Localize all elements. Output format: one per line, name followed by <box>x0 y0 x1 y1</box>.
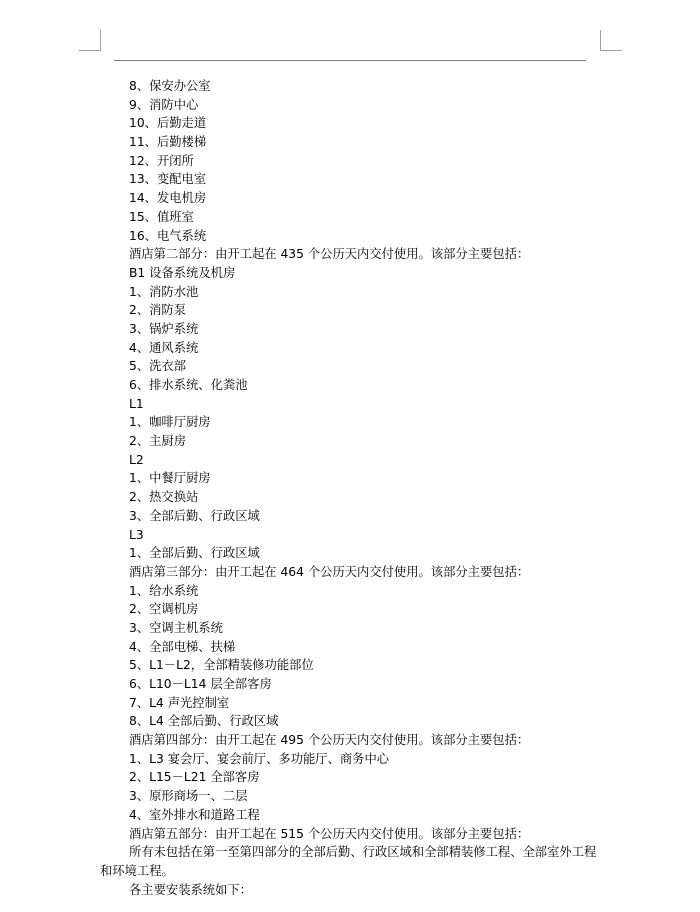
list-item: 15、值班室 <box>100 208 600 227</box>
list-item: 3、锅炉系统 <box>100 320 600 339</box>
list-item: 2、L15－L21 全部客房 <box>100 768 600 787</box>
section-heading-part-5: 酒店第五部分：由开工起在 515 个公历天内交付使用。该部分主要包括： <box>100 825 600 844</box>
list-item: 1、给水系统 <box>100 582 600 601</box>
list-item: 1、中餐厅厨房 <box>100 469 600 488</box>
list-item: 1、L3 宴会厅、宴会前厅、多功能厅、商务中心 <box>100 750 600 769</box>
list-item: 2、消防泵 <box>100 301 600 320</box>
list-item: 12、开闭所 <box>100 152 600 171</box>
list-item: 3、原形商场一、二层 <box>100 787 600 806</box>
list-item: 8、L4 全部后勤、行政区域 <box>100 712 600 731</box>
list-item: 11、后勤楼梯 <box>100 133 600 152</box>
list-item: 3、空调主机系统 <box>100 619 600 638</box>
page-corner-mark-left <box>79 30 101 51</box>
header-rule <box>114 60 586 61</box>
list-item: 4、通风系统 <box>100 339 600 358</box>
list-item: 3、全部后勤、行政区域 <box>100 507 600 526</box>
section-heading-part-3: 酒店第三部分：由开工起在 464 个公历天内交付使用。该部分主要包括： <box>100 563 600 582</box>
list-item: 14、发电机房 <box>100 189 600 208</box>
list-item: 5、L1－L2，全部精装修功能部位 <box>100 656 600 675</box>
list-item: 6、L10－L14 层全部客房 <box>100 675 600 694</box>
paragraph-installation-systems-intro: 各主要安装系统如下： <box>100 881 600 900</box>
section-heading-part-2: 酒店第二部分：由开工起在 435 个公历天内交付使用。该部分主要包括： <box>100 245 600 264</box>
list-item: 2、主厨房 <box>100 432 600 451</box>
list-item: 16、电气系统 <box>100 227 600 246</box>
page-corner-mark-right <box>600 30 622 51</box>
list-item: 10、后勤走道 <box>100 114 600 133</box>
list-item: 1、全部后勤、行政区域 <box>100 544 600 563</box>
list-item: 2、空调机房 <box>100 600 600 619</box>
floor-heading-l1: L1 <box>100 395 600 414</box>
list-item: 13、变配电室 <box>100 170 600 189</box>
list-item: 4、全部电梯、扶梯 <box>100 638 600 657</box>
list-item: 5、洗衣部 <box>100 357 600 376</box>
document-body: 8、保安办公室 9、消防中心 10、后勤走道 11、后勤楼梯 12、开闭所 13… <box>100 77 600 899</box>
list-item: 2、热交换站 <box>100 488 600 507</box>
floor-heading-b1: B1 设备系统及机房 <box>100 264 600 283</box>
floor-heading-l3: L3 <box>100 526 600 545</box>
floor-heading-l2: L2 <box>100 451 600 470</box>
list-item: 9、消防中心 <box>100 96 600 115</box>
list-item: 4、室外排水和道路工程 <box>100 806 600 825</box>
section-heading-part-4: 酒店第四部分：由开工起在 495 个公历天内交付使用。该部分主要包括： <box>100 731 600 750</box>
list-item: 7、L4 声光控制室 <box>100 694 600 713</box>
list-item: 1、咖啡厅厨房 <box>100 413 600 432</box>
list-item: 6、排水系统、化粪池 <box>100 376 600 395</box>
paragraph-part-5-scope: 所有未包括在第一至第四部分的全部后勤、行政区域和全部精装修工程、全部室外工程和环… <box>100 843 600 880</box>
list-item: 1、消防水池 <box>100 283 600 302</box>
list-item: 8、保安办公室 <box>100 77 600 96</box>
